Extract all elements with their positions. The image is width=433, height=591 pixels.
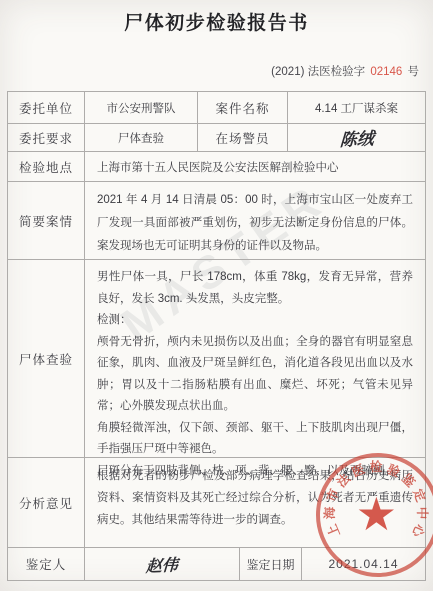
report-document: 尸体初步检验报告书 (2021) 法医检验字 02146 号 MASTER 委托… [0,0,433,591]
doc-number-prefix: (2021) 法医检验字 [271,66,365,78]
analysis-value: 根据对死者的初步尸检及部分病理学检查结果，结合历史病历资料、案情资料及其死亡经过… [85,458,425,538]
row-analysis: 分析意见 根据对死者的初步尸检及部分病理学检查结果，结合历史病历资料、案情资料及… [8,458,425,548]
page-title: 尸体初步检验报告书 [0,8,433,35]
appraiser-signature-cell: 赵伟 [85,548,240,580]
row-commission: 委托单位 市公安刑警队 案件名称 4.14 工厂谋杀案 [8,92,425,124]
body-exam-text: 男性尸体一具，尸长 178cm，体重 78kg，发育无异常，营养良好，发长 3c… [85,260,425,489]
body-exam-paragraph: 男性尸体一具，尸长 178cm，体重 78kg，发育无异常，营养良好，发长 3c… [97,267,413,310]
case-name-value: 4.14 工厂谋杀案 [288,92,425,123]
doc-number-value: 02146 [368,66,404,78]
handwritten-signature-officer: 陈绒 [339,124,374,151]
case-name-label: 案件名称 [198,92,288,123]
appraiser-label: 鉴定人 [8,548,85,580]
location-label: 检验地点 [8,152,85,181]
body-exam-paragraph: 检测： [97,310,413,332]
row-appraiser: 鉴定人 赵伟 鉴定日期 2021.04.14 [8,548,425,580]
report-form-table: 委托单位 市公安刑警队 案件名称 4.14 工厂谋杀案 委托要求 尸体查验 在场… [7,91,426,581]
doc-number: (2021) 法医检验字 02146 号 [271,63,419,79]
row-request: 委托要求 尸体查验 在场警员 陈绒 [8,124,425,152]
appraisal-date-value: 2021.04.14 [302,548,425,580]
officer-signature: 陈绒 [288,124,425,151]
doc-number-suffix: 号 [408,66,420,78]
row-location: 检验地点 上海市第十五人民医院及公安法医解剖检验中心 [8,152,425,182]
request-label: 委托要求 [8,124,85,151]
row-case-summary: 简要案情 2021 年 4 月 14 日清晨 05：00 时，上海市宝山区一处废… [8,182,425,260]
case-summary-label: 简要案情 [8,182,85,259]
commission-unit-value: 市公安刑警队 [85,92,198,123]
case-summary-value: 2021 年 4 月 14 日清晨 05：00 时，上海市宝山区一处废弃工厂发现… [85,182,425,265]
officer-label: 在场警员 [198,124,288,151]
analysis-label: 分析意见 [8,458,85,547]
body-exam-paragraph: 角膜轻微浑浊，仅下颌、颈部、躯干、上下肢肌肉出现尸僵，手指强压尸斑中等褪色。 [97,418,413,461]
body-exam-paragraph: 颅骨无骨折，颅内未见损伤以及出血；全身的器官有明显窒息征象，肌肉、血液及尸斑呈鲜… [97,332,413,418]
appraisal-date-label: 鉴定日期 [240,548,302,580]
request-value: 尸体查验 [85,124,198,151]
row-body-exam: 尸体查验 男性尸体一具，尸长 178cm，体重 78kg，发育无异常，营养良好，… [8,260,425,458]
location-value: 上海市第十五人民医院及公安法医解剖检验中心 [85,159,351,175]
handwritten-signature-appraiser: 赵伟 [145,552,178,577]
commission-unit-label: 委托单位 [8,92,85,123]
body-exam-label: 尸体查验 [8,260,85,457]
